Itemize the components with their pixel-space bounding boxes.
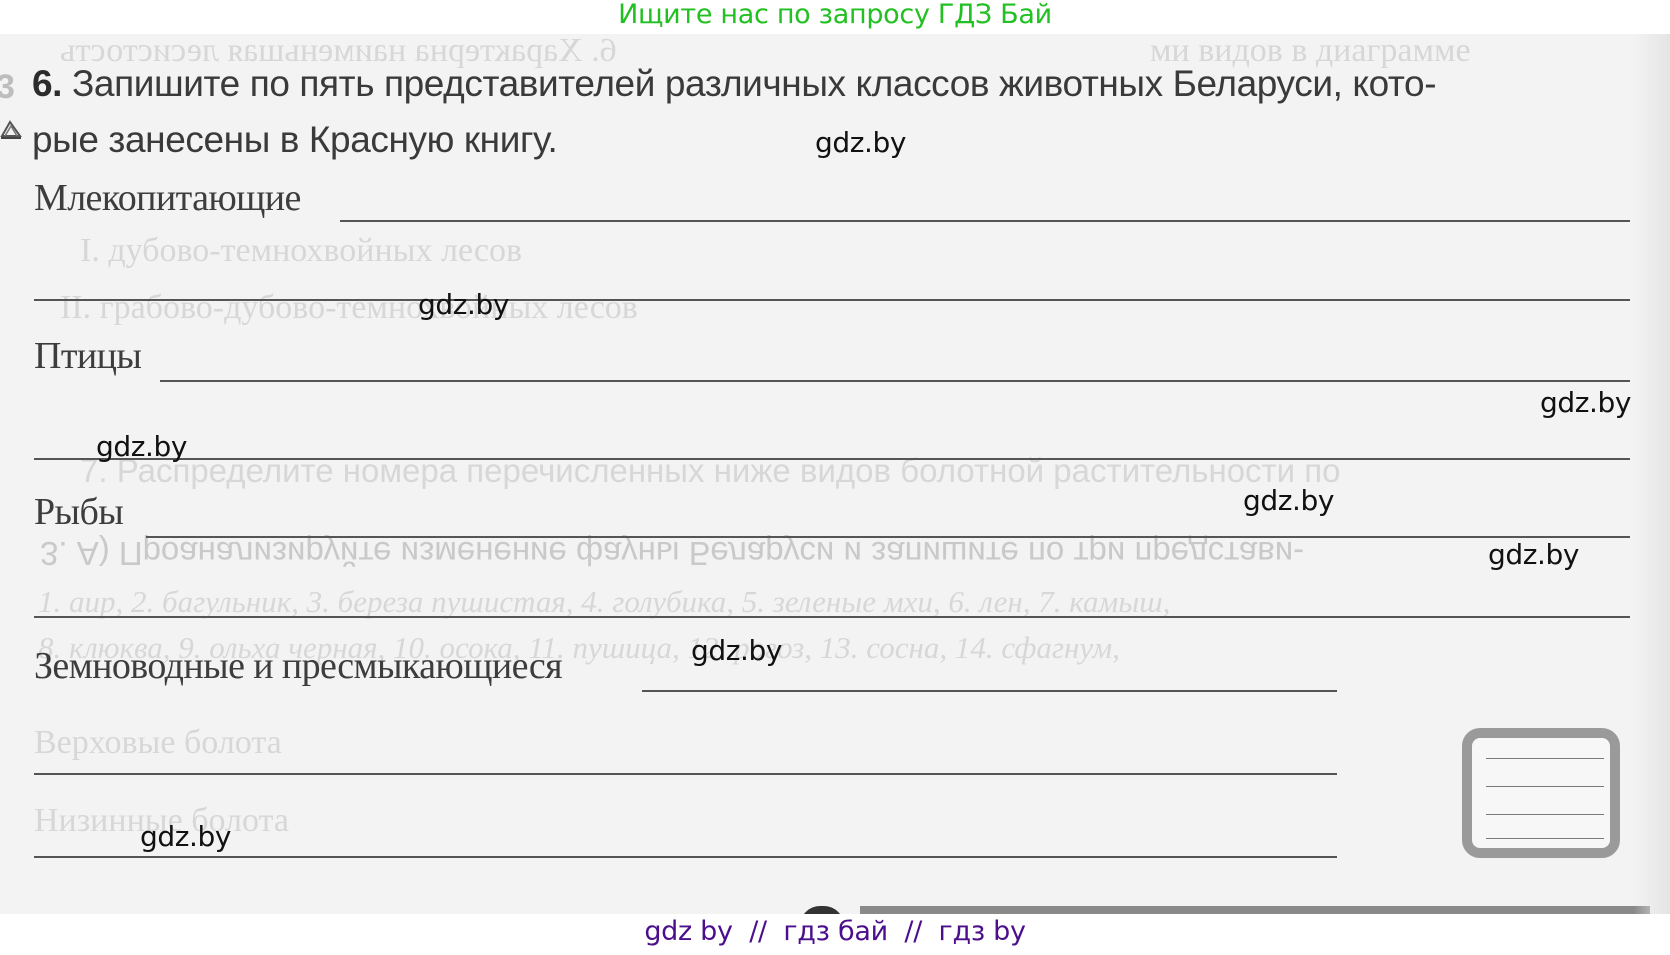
watermark: gdz.by — [1540, 386, 1631, 419]
answer-line-fish-2[interactable] — [34, 616, 1630, 618]
footer-bar: gdz by // гдз бай // гдз by — [0, 914, 1670, 955]
banner-text: Ищите нас по запросу ГДЗ Бай — [618, 0, 1052, 30]
watermark: gdz.by — [96, 430, 187, 463]
watermark: gdz.by — [1488, 538, 1579, 571]
section-label-amphibians-reptiles: Земноводные и пресмыкающиеся — [34, 644, 562, 688]
watermark: gdz.by — [691, 634, 782, 667]
answer-line-amphibians-2[interactable] — [34, 773, 1337, 775]
section-label-fish: Рыбы — [34, 490, 123, 534]
margin-mark: 3 — [0, 68, 15, 107]
answer-line-birds-2[interactable] — [34, 458, 1630, 460]
footer-links: gdz by // гдз бай // гдз by — [644, 916, 1025, 947]
watermark: gdz.by — [418, 288, 509, 321]
bleed-through-text: 3. А) Проанализируйте изменение фауны Бе… — [40, 534, 1304, 572]
watermark: gdz.by — [1243, 484, 1334, 517]
section-label-mammals: Млекопитающие — [34, 176, 301, 220]
answer-line-birds-1[interactable] — [160, 380, 1630, 382]
bottom-rule — [860, 906, 1650, 914]
bleed-through-text: I. дубово-темнохвойных лесов — [80, 232, 522, 270]
notes-frame — [1462, 728, 1620, 858]
search-hint-banner: Ищите нас по запросу ГДЗ Бай — [0, 0, 1670, 34]
bleed-through-text: 1. аир, 2. багульник, 3. береза пушистая… — [38, 584, 1170, 620]
answer-line-fish-1[interactable] — [146, 536, 1630, 538]
answer-line-amphibians-3[interactable] — [34, 856, 1337, 858]
book-icon — [0, 118, 22, 140]
task-text: Запишите по пять представителей различны… — [72, 63, 1436, 104]
task-text-line2: рые занесены в Красную книгу. — [32, 119, 557, 160]
task-number: 6. — [32, 63, 62, 104]
section-label-birds: Птицы — [34, 334, 141, 378]
answer-line-mammals-1[interactable] — [340, 220, 1630, 222]
answer-line-mammals-2[interactable] — [34, 299, 1630, 301]
watermark: gdz.by — [815, 126, 906, 159]
bleed-through-text: II. грабово-дубово-темнохвойных лесов — [60, 289, 638, 327]
workbook-page: 6. Характерна наименьшая лесистость ми в… — [0, 34, 1670, 914]
watermark: gdz.by — [140, 820, 231, 853]
answer-line-amphibians-1[interactable] — [642, 690, 1337, 692]
bleed-through-text: Верховые болота — [34, 724, 282, 762]
page-number-fragment — [800, 906, 844, 914]
